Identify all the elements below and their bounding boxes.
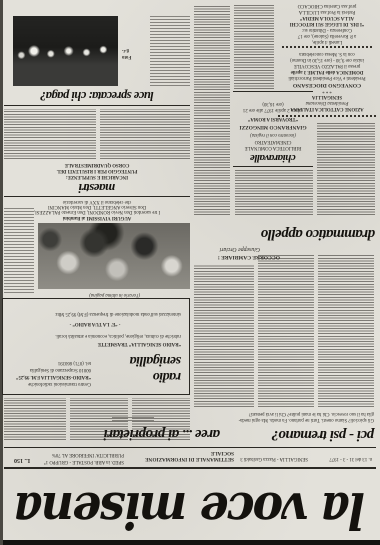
lunedi-line: Conferenza - Dibattito su: [278,26,376,32]
radio-headline-line2: senigallia [95,353,181,368]
article-text-column [318,255,374,407]
radio-promo-line: sintonizzati sull'onda modulazione di fr… [9,310,181,316]
dateline-type: SETTIMANALE DI INFORMAZIONE SOCIALE [130,450,234,461]
article-text-column [150,16,190,86]
convegno-diocesano-box: AZIONE CATTOLICA ITALIANA Presidenza Dio… [278,3,376,117]
radio-address-line: Centro trasmissioni radiofoniche [9,380,91,386]
radio-address-line: tel. (071) 660391 [9,359,91,365]
maestri-subhead-line: INCARICHI E SUPPLENZE: [4,173,190,179]
article-text-column [100,109,190,159]
masthead-rule-top [4,467,376,469]
convegno-line: DOMENICA delle PALME 3 aprile [278,68,376,74]
convegno-line: Presidenza Diocesana [278,99,376,105]
chiaravalle-line: BIBLIOTECA COMUNALE [233,144,313,150]
radio-headline-line1: radio [95,369,181,384]
article-text-column [4,109,96,159]
article-text-column [132,398,190,440]
chiaravalle-line: GIANFRANCO MINGOZZI [233,123,313,129]
scan-edge-top [0,540,380,545]
photo-credit-line1: Foto [122,53,144,59]
photo-caption-line: che celebrano il XXV di sacerdozio [4,198,190,204]
pci-psi-lead-line1: Gli spiccioli? Siamo onesti. Tutti ne pa… [222,416,374,422]
radio-promo-line: “RADIO SENIGALLIA” TRASMETTE [9,340,181,346]
headline-maestri: maestri [4,181,190,195]
article-emphasis: OCCORRE CAMBIARE ! [200,253,280,259]
dateline-price: L. 150 [4,456,30,462]
chiaravalle-line: CINEMATEATRO [233,138,313,144]
convegno-line: CONVEGNO DIOCESANO [278,81,376,87]
photo-caption-line: Don Silverio ANGELETTI, Don Mario MANCIN… [4,203,190,209]
article-byline: Giuseppe Orciari [194,245,260,251]
dotted-divider [282,46,372,48]
radio-schedule-note: (l'orario in ultima pagina) [50,291,140,297]
article-text-column [194,5,230,215]
article-text-column [317,123,375,215]
newspaper-front-page: la voce misena n. 13 del 31 - 3 - 1977 S… [0,0,380,545]
article-text-column [235,169,313,215]
section-rule [4,196,190,197]
article-text-column [234,5,274,89]
convegno-line: inizio ore 9,30 - (ore 15,30 in Duomo) [278,56,376,62]
section-rule [4,105,190,106]
pci-psi-lead-line2: glia ha il suo rovescio. Chi ha le mani … [222,410,374,416]
radio-address-line: 60010 Scapezzano di Senigallia [9,366,91,372]
headline-drammatico-appello: drammatico appello [215,225,375,242]
radio-address-line: “RADIO-SENIGALLIA F.M. 99,25” [9,373,91,379]
masthead-rule-bottom [4,447,376,448]
lunedi-line: “I DIS. DI LEGGE SUI RITOCCHI [278,20,376,26]
dateline-postal1: SPED. in ABB. POSTALE - GRUPPO 1° [36,458,124,464]
convegno-line: Presidenti e Vice Presidenti Parrocchial… [278,74,376,80]
convegno-line: AZIONE CATTOLICA ITALIANA [278,105,376,111]
dateline-issue: n. 13 del 31 - 3 - 1977 [312,455,372,461]
newspaper-scan: la voce misena n. 13 del 31 - 3 - 1977 S… [0,0,380,545]
lunedi-line: a P. Roverella (Salone), ore 17 [278,32,376,38]
lunedi-line: Lunedì 4 aprile, [278,38,376,44]
dateline-postal2: PUBBLICITA' INFERIORE AL 70% [36,451,124,457]
article-text-column [194,265,254,407]
maestri-subhead-line: PUNTEGGIO PER I RISULTATI DEL [4,167,190,173]
convegno-line: con la S. Messa concelebrata [278,50,376,56]
convegno-line: SENIGALLIA [278,93,376,99]
headline-pci-psi: pci - psi tremano? [222,426,374,443]
masthead-title: la voce misena [8,473,372,540]
headline-luce-sprecata: luce sprecata: chi paga? [4,89,190,103]
chiaravalle-line: (incontro con il regista) [233,131,313,137]
convegno-line: * * * [278,87,376,93]
photo-caption-line: AUGURI VIVISSIMI ai Bambini [4,214,190,220]
radio-promo-line: rubriche di cultura, religione, politica… [9,332,181,338]
radio-promo-line: - “E' LA TUA RADIO” - [9,320,181,326]
photo-credit-line2: g.c. [122,47,144,53]
lunedi-line: Parlerà la Prof.ssa LUCILLA [278,8,376,14]
lunedi-line: prof.ssa Caterina CHIOCACO [278,2,376,8]
photo-street-lights [13,16,118,86]
photo-caption-line: I tre sacerdoti Don Nevio RONDONI, Don E… [4,208,190,214]
photo-priests-anniversary [38,223,190,289]
dateline-place: SENIGALLIA - Piazza Garibaldi 3 [238,455,308,461]
article-text-column [70,398,128,440]
radio-senigallia-box: radio senigallia Centro trasmissioni rad… [2,298,190,395]
article-text-column [4,398,66,440]
scan-edge-right [0,0,3,545]
headline-chiaravalle: chiaravalle [233,152,313,164]
maestri-subhead-line: CORSO QUADRIMESTRALE [4,161,190,167]
rotated-page-wrapper: la voce misena n. 13 del 31 - 3 - 1977 S… [0,0,380,545]
convegno-line: presso il PALAZZO VESCOVILE [278,62,376,68]
lunedi-line: ALLA SCUOLA MEDIA” [278,14,376,20]
article-text-column [258,255,314,407]
